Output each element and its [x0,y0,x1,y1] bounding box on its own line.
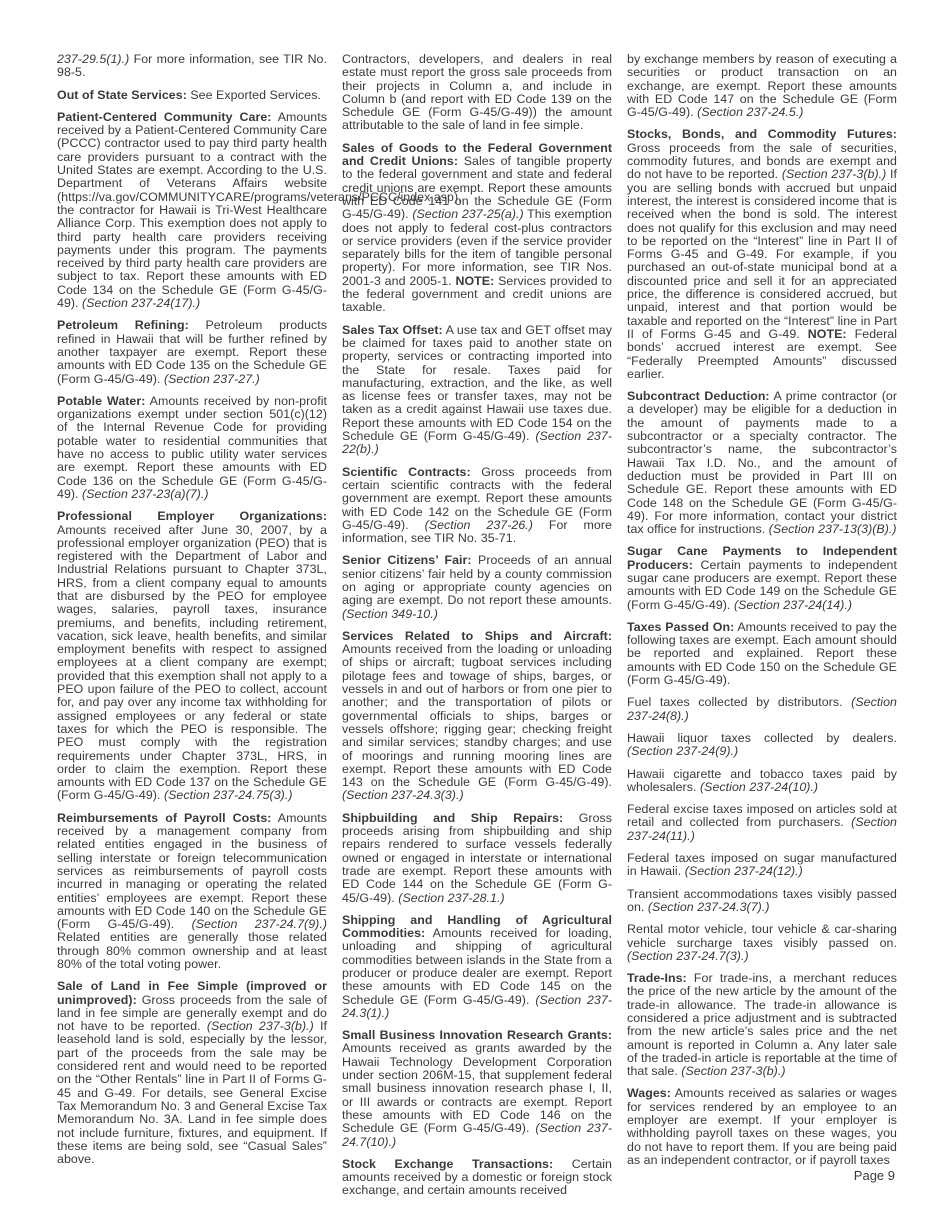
paragraph: Trade-Ins: For trade-ins, a merchant red… [627,972,897,1078]
paragraph-heading: Senior Citizens’ Fair: [342,553,472,567]
paragraph-text: Contractors, developers, and dealers in … [342,52,612,132]
paragraph: Taxes Passed On: Amounts received to pay… [627,621,897,687]
paragraph-heading: Petroleum Refining: [57,318,189,332]
paragraph-text: Amounts received after June 30, 2007, by… [57,523,327,803]
paragraph-text: A use tax and GET offset may be claimed … [342,323,612,443]
paragraph-text: If leasehold land is sold, especially by… [57,1019,327,1166]
paragraph: Wages: Amounts received as salaries or w… [627,1087,897,1167]
document-page: 237-29.5(1).) For more information, see … [0,0,950,1230]
paragraph-heading: Stock Exchange Transactions: [342,1157,553,1171]
paragraph-heading: Stocks, Bonds, and Commodity Futures: [627,127,897,141]
section-reference: (Section 237-3(b).) [782,167,886,181]
text-columns: 237-29.5(1).) For more information, see … [57,53,897,1198]
section-reference: 237-29.5(1).) [57,52,129,66]
paragraph-heading: Sales Tax Offset: [342,323,443,337]
paragraph: Sales of Goods to the Federal Government… [342,142,612,315]
paragraph-heading: Small Business Innovation Research Grant… [342,1028,612,1042]
paragraph-text: Related entities are generally those rel… [57,930,327,971]
paragraph: Federal excise taxes imposed on articles… [627,803,897,843]
section-reference: (Section 237-24(14).) [734,598,852,612]
paragraph-text: For trade-ins, a merchant reduces the pr… [627,971,897,1078]
section-reference: (Section 237-27.) [164,372,260,386]
paragraph-heading: Wages: [627,1086,671,1100]
section-reference: (Section 237-26.) [425,518,533,532]
section-reference: (Section 237-24(12).) [685,864,803,878]
paragraph-heading: Reimbursements of Payroll Costs: [57,811,271,825]
column-left: 237-29.5(1).) For more information, see … [57,53,327,1198]
section-reference: (Section 237-23(a)(7).) [82,487,208,501]
paragraph: Out of State Services: See Exported Serv… [57,89,327,102]
paragraph-text: If you are selling bonds with accrued bu… [627,167,897,341]
section-reference: (Section 237-24.75(3).) [164,788,293,802]
paragraph: Shipping and Handling of Agricultural Co… [342,914,612,1020]
column-right: by exchange members by reason of executi… [627,53,897,1198]
paragraph: Subcontract Deduction: A prime contracto… [627,390,897,536]
paragraph: Petroleum Refining: Petroleum products r… [57,319,327,385]
paragraph-heading: Taxes Passed On: [627,620,734,634]
paragraph-text: Hawaii liquor taxes collected by dealers… [627,731,897,745]
paragraph-text: Amounts received from the loading or unl… [342,642,612,789]
section-reference: (Section 237-13(3)(B).) [769,522,897,536]
section-reference: (Section 237-25(a).) [412,207,523,221]
paragraph: by exchange members by reason of executi… [627,53,897,119]
paragraph-text: A prime contractor (or a developer) may … [627,389,897,536]
section-reference: (Section 237-28.1.) [398,891,504,905]
paragraph: Federal taxes imposed on sugar manufactu… [627,852,897,879]
paragraph-heading: Trade-Ins: [627,971,687,985]
paragraph: Rental motor vehicle, tour vehicle & car… [627,923,897,963]
section-reference: (Section 349-10.) [342,607,438,621]
section-reference: (Section 237-24.7(9).) [192,917,327,931]
paragraph: Sale of Land in Fee Simple (improved or … [57,980,327,1166]
paragraph: 237-29.5(1).) For more information, see … [57,53,327,80]
paragraph: Patient-Centered Community Care: Amounts… [57,111,327,310]
paragraph: Stocks, Bonds, and Commodity Futures: Gr… [627,128,897,381]
section-reference: (Section 237-24.5.) [697,105,803,119]
paragraph: Services Related to Ships and Aircraft: … [342,630,612,803]
section-reference: (Section 237-24(10).) [700,780,818,794]
paragraph-heading: Professional Employer Organizations: [57,509,327,523]
section-reference: (Section 237-24.7(3).) [627,949,749,963]
paragraph-heading: Potable Water: [57,394,145,408]
paragraph: Potable Water: Amounts received by non-p… [57,395,327,501]
paragraph-heading: NOTE: [808,327,847,341]
paragraph-text: Rental motor vehicle, tour vehicle & car… [627,922,897,949]
section-reference: (Section 237-24(17).) [82,296,200,310]
paragraph: Hawaii liquor taxes collected by dealers… [627,732,897,759]
section-reference: (Section 237-3(b).) [207,1019,314,1033]
paragraph-text: Amounts received by a management company… [57,811,327,931]
paragraph: Shipbuilding and Ship Repairs: Gross pro… [342,812,612,905]
paragraph-heading: Services Related to Ships and Aircraft: [342,629,612,643]
section-reference: (Section 237-3(b).) [681,1064,785,1078]
paragraph-heading: NOTE: [456,274,495,288]
section-reference: (Section 237-24(9).) [627,744,738,758]
paragraph: Contractors, developers, and dealers in … [342,53,612,133]
section-reference: (Section 237-24.3(7).) [648,900,770,914]
paragraph-heading: Patient-Centered Community Care: [57,110,271,124]
paragraph-text: Amounts received by non-profit organizat… [57,394,327,501]
paragraph: Professional Employer Organizations: Amo… [57,510,327,803]
section-reference: (Section 237-24.3(3).) [342,788,464,802]
paragraph: Transient accommodations taxes visibly p… [627,888,897,915]
paragraph: Senior Citizens’ Fair: Proceeds of an an… [342,554,612,620]
paragraph: Hawaii cigarette and tobacco taxes paid … [627,768,897,795]
page-number: Page 9 [854,1168,895,1183]
paragraph-heading: Out of State Services: [57,88,187,102]
paragraph: Small Business Innovation Research Grant… [342,1029,612,1149]
paragraph-heading: Scientific Contracts: [342,465,471,479]
paragraph: Reimbursements of Payroll Costs: Amounts… [57,812,327,972]
column-middle: Contractors, developers, and dealers in … [342,53,612,1198]
paragraph-text: See Exported Services. [187,88,321,102]
paragraph: Fuel taxes collected by distributors. (S… [627,696,897,723]
paragraph: Sugar Cane Payments to Independent Produ… [627,545,897,611]
paragraph-heading: Shipbuilding and Ship Repairs: [342,811,563,825]
paragraph-heading: Subcontract Deduction: [627,389,770,403]
paragraph: Stock Exchange Transactions: Certain amo… [342,1158,612,1198]
paragraph: Scientific Contracts: Gross proceeds fro… [342,466,612,546]
paragraph-text: Fuel taxes collected by distributors. [627,695,851,709]
paragraph: Sales Tax Offset: A use tax and GET offs… [342,324,612,457]
